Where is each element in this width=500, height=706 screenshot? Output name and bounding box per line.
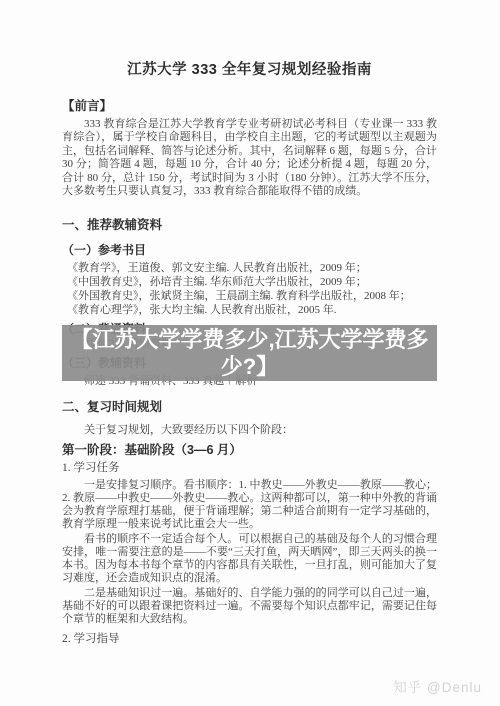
task-paragraph: 二是基础知识过一遍。基础好的、自学能力强的的同学可以自己过一遍，基础不好的可以跟… xyxy=(62,587,437,626)
zhihu-watermark: 知乎 @Denlu xyxy=(393,676,482,696)
reference-book-item: 《教育心理学》，张大均主编. 人民教育出版社，2005 年. xyxy=(67,304,437,318)
caption-overlay-text: 【江苏大学学费多少,江苏大学学费多少?】 xyxy=(62,326,437,380)
document-page: 江苏大学 333 全年复习规划经验指南 【前言】 333 教育综合是江苏大学教育… xyxy=(0,0,500,706)
guide-heading: 2. 学习指导 xyxy=(62,632,437,646)
subsection-heading-reference-books: （一）参考书目 xyxy=(62,243,437,258)
document-title: 江苏大学 333 全年复习规划经验指南 xyxy=(62,60,437,80)
stage1-heading: 第一阶段：基础阶段（3—6 月） xyxy=(62,442,437,458)
section-heading-materials: 一、推荐教辅资料 xyxy=(62,217,437,233)
reference-book-item: 《教育学》，王道俊、郭文安主编. 人民教育出版社，2009 年； xyxy=(67,262,437,276)
task-paragraph: 看书的顺序不一定适合每个人。可以根据自己的基础及每个人的习惯合理安排，唯一需要注… xyxy=(62,533,437,585)
reference-book-item: 《外国教育史》，张斌贤主编，王晨副主编. 教育科学出版社，2008 年； xyxy=(67,290,437,304)
section-heading-plan: 二、复习时间规划 xyxy=(62,399,437,415)
plan-intro: 关于复习规划，大致要经历以下四个阶段： xyxy=(62,423,437,437)
reference-book-list: 《教育学》，王道俊、郭文安主编. 人民教育出版社，2009 年； 《中国教育史》… xyxy=(67,262,437,317)
tasks-heading: 1. 学习任务 xyxy=(62,461,437,475)
preface-paragraph: 333 教育综合是江苏大学教育学专业考研初试必考科目（专业课一 333 教育综合… xyxy=(62,118,437,198)
task-paragraph: 一是安排复习顺序。看书顺序：1. 中教史——外教史——教原——教心；2. 教原—… xyxy=(62,479,437,531)
caption-overlay: 【江苏大学学费多少,江苏大学学费多少?】 xyxy=(62,325,437,381)
document-body: 江苏大学 333 全年复习规划经验指南 【前言】 333 教育综合是江苏大学教育… xyxy=(62,0,437,646)
reference-book-item: 《中国教育史》，孙培青主编. 华东师范大学出版社，2009 年； xyxy=(67,276,437,290)
preface-heading: 【前言】 xyxy=(62,99,437,114)
